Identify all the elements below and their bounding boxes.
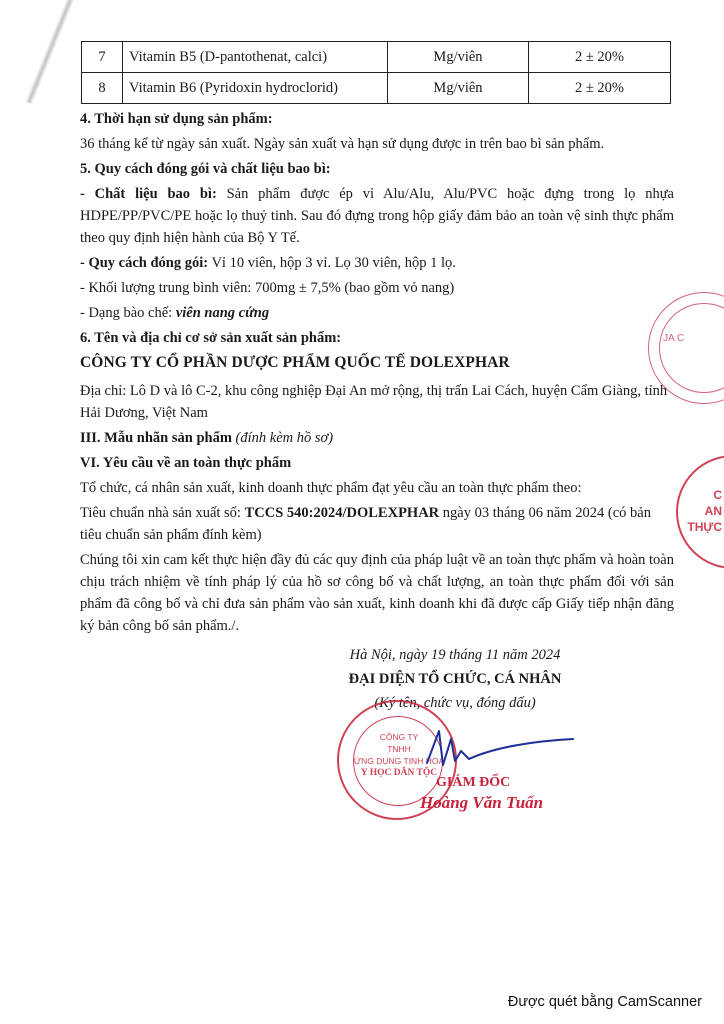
safety-heading: VI. Yêu cầu về an toàn thực phẩm bbox=[80, 452, 674, 474]
dosage-form: - Dạng bào chế: viên nang cứng bbox=[80, 302, 674, 324]
packaging-material: - Chất liệu bao bì: Sản phẩm được ép vỉ … bbox=[80, 183, 674, 249]
director-position: GIÁM ĐỐC bbox=[436, 775, 510, 791]
row-number: 8 bbox=[82, 73, 123, 104]
table-row: 8 Vitamin B6 (Pyridoxin hydroclorid) Mg/… bbox=[82, 73, 671, 104]
ingredients-table: 7 Vitamin B5 (D-pantothenat, calci) Mg/v… bbox=[81, 41, 671, 104]
seal-fragment-text: JA C bbox=[663, 333, 684, 345]
shelf-life-heading: 4. Thời hạn sử dụng sản phẩm: bbox=[80, 108, 674, 130]
dosage-value: viên nang cứng bbox=[176, 305, 269, 321]
handwritten-signature-icon bbox=[425, 725, 575, 775]
capsule-weight: - Khối lượng trung bình viên: 700mg ± 7,… bbox=[80, 277, 674, 299]
scanned-document-page: 7 Vitamin B5 (D-pantothenat, calci) Mg/v… bbox=[0, 0, 724, 1024]
seal-line: AN bbox=[682, 503, 722, 519]
standard-prefix: Tiêu chuẩn nhà sản xuất số: bbox=[80, 505, 245, 521]
packing-text: Vỉ 10 viên, hộp 3 vỉ. Lọ 30 viên, hộp 1 … bbox=[208, 255, 456, 271]
director-name: Hoàng Văn Tuấn bbox=[420, 793, 543, 813]
label-sample: III. Mẫu nhãn sản phẩm (đính kèm hồ sơ) bbox=[80, 427, 674, 449]
seal-fragment-text: C AN THỰC bbox=[682, 487, 722, 535]
company-name: CÔNG TY CỔ PHẦN DƯỢC PHẨM QUỐC TẾ DOLEXP… bbox=[80, 352, 674, 374]
margin-seal-stamp: C AN THỰC bbox=[676, 455, 724, 569]
ingredient-unit: Mg/viên bbox=[388, 42, 529, 73]
label-heading: III. Mẫu nhãn sản phẩm bbox=[80, 430, 236, 446]
ingredient-name: Vitamin B6 (Pyridoxin hydroclorid) bbox=[123, 73, 388, 104]
packing-label: - Quy cách đóng gói: bbox=[80, 255, 208, 271]
packing-spec: - Quy cách đóng gói: Vỉ 10 viên, hộp 3 v… bbox=[80, 252, 674, 274]
seal-line: C bbox=[682, 487, 722, 503]
standard-code: TCCS 540:2024/DOLEXPHAR bbox=[245, 505, 440, 521]
ingredient-value: 2 ± 20% bbox=[529, 73, 671, 104]
packaging-heading: 5. Quy cách đóng gói và chất liệu bao bì… bbox=[80, 158, 674, 180]
table-row: 7 Vitamin B5 (D-pantothenat, calci) Mg/v… bbox=[82, 42, 671, 73]
seal-inner-ring bbox=[659, 303, 724, 393]
ingredient-value: 2 ± 20% bbox=[529, 42, 671, 73]
scan-edge-shadow bbox=[25, 0, 77, 104]
safety-text: Tổ chức, cá nhân sản xuất, kinh doanh th… bbox=[80, 477, 674, 499]
material-label: - Chất liệu bao bì: bbox=[80, 186, 217, 202]
ingredient-unit: Mg/viên bbox=[388, 73, 529, 104]
company-address: Địa chỉ: Lô D và lô C-2, khu công nghiệp… bbox=[80, 380, 674, 424]
row-number: 7 bbox=[82, 42, 123, 73]
dosage-label: - Dạng bào chế: bbox=[80, 305, 176, 321]
shelf-life-text: 36 tháng kể từ ngày sản xuất. Ngày sản x… bbox=[80, 133, 674, 155]
manufacturer-heading: 6. Tên và địa chỉ cơ sở sản xuất sản phẩ… bbox=[80, 327, 674, 349]
commitment-text: Chúng tôi xin cam kết thực hiện đầy đủ c… bbox=[80, 549, 674, 637]
seal-line: THỰC bbox=[682, 519, 722, 535]
signatory-title: ĐẠI DIỆN TỔ CHỨC, CÁ NHÂN bbox=[330, 667, 580, 691]
manufacturer-standard: Tiêu chuẩn nhà sản xuất số: TCCS 540:202… bbox=[80, 502, 674, 546]
document-body: 4. Thời hạn sử dụng sản phẩm: 36 tháng k… bbox=[80, 108, 674, 640]
ingredient-name: Vitamin B5 (D-pantothenat, calci) bbox=[123, 42, 388, 73]
label-note: (đính kèm hồ sơ) bbox=[236, 430, 334, 446]
signing-date: Hà Nội, ngày 19 tháng 11 năm 2024 bbox=[330, 643, 580, 667]
camscanner-watermark: Được quét bằng CamScanner bbox=[508, 994, 702, 1010]
signature-block: Hà Nội, ngày 19 tháng 11 năm 2024 ĐẠI DI… bbox=[330, 643, 580, 715]
